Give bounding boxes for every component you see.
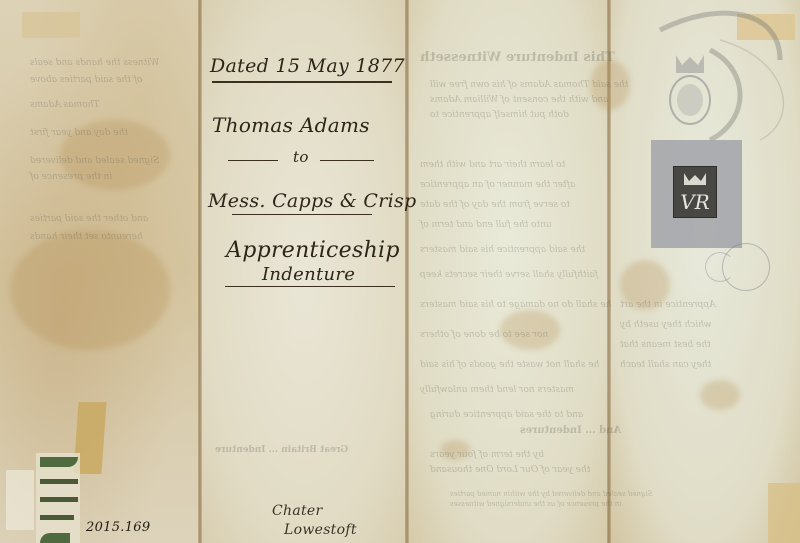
- connector-to: to: [293, 148, 309, 166]
- stamp-monogram-icon: VR: [673, 166, 717, 218]
- title-apprenticeship: Apprenticeship: [226, 238, 400, 263]
- svg-text:VR: VR: [680, 190, 710, 214]
- ghost-lower: And ... Indentures: [520, 425, 621, 436]
- accession-number: 2015.169: [86, 520, 150, 535]
- tape-repair-strip: [36, 453, 80, 543]
- underline: [228, 160, 278, 161]
- underline: [225, 286, 395, 287]
- underline: [232, 214, 372, 215]
- stain: [700, 380, 740, 410]
- revenue-stamp: VR: [651, 140, 742, 248]
- stain: [10, 230, 170, 350]
- underline: [212, 81, 392, 83]
- note-chater: Chater: [272, 503, 322, 519]
- party-two-name: Mess. Capps & Crisp: [208, 190, 417, 212]
- dated-line: Dated 15 May 1877: [210, 55, 405, 77]
- crest-icon: [668, 55, 712, 130]
- paper-patch: [22, 12, 80, 38]
- title-indenture: Indenture: [262, 264, 355, 285]
- ghost-center: Great Britain ... Indenture: [215, 445, 348, 455]
- indenture-document: Witness the hands and seals of the said …: [0, 0, 800, 543]
- party-one-name: Thomas Adams: [212, 113, 370, 137]
- postmark-arc: [705, 252, 735, 282]
- ghost-heading: This Indenture Witnesseth: [420, 50, 615, 65]
- paper-patch: [768, 483, 800, 543]
- clear-tape: [6, 470, 34, 530]
- note-lowestoft: Lowestoft: [284, 522, 357, 538]
- fold-line: [198, 0, 202, 543]
- fold-line: [405, 0, 409, 543]
- underline: [320, 160, 374, 161]
